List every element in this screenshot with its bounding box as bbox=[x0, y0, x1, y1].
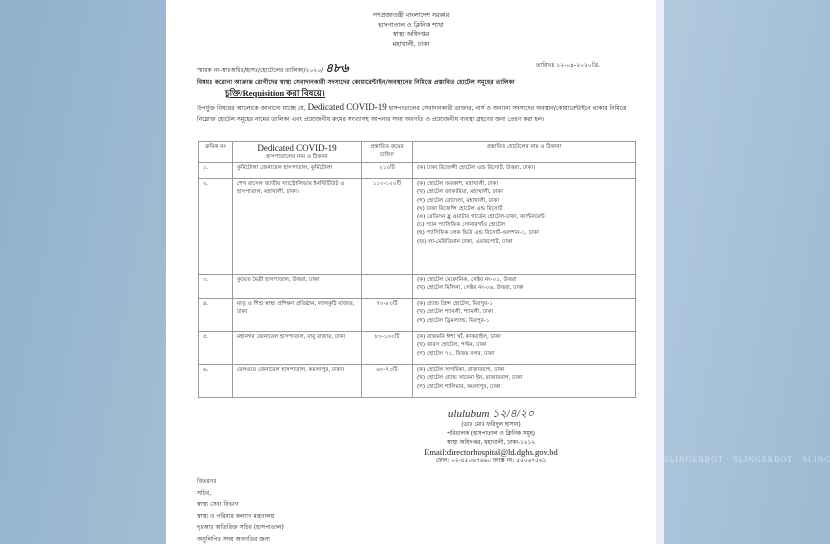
cell-rooms: ৮০-১০০টি bbox=[362, 332, 413, 365]
distribution-line: স্বাস্থ্য ও পরিবার কল্যাণ মন্ত্রণালয় bbox=[197, 511, 284, 523]
cell-hospital: শেখ রাসেল জাতীয় গ্যাস্ট্রোলিভার ইনস্টিট… bbox=[233, 179, 362, 275]
cell-hotels: (ক) রাজমনি ঈশা খাঁ, কাকরাইল, ঢাকা(খ) ফার… bbox=[413, 332, 636, 365]
body-english: Dedicated COVID-19 bbox=[308, 102, 387, 112]
hotel-entry: (ক) রাজমনি ঈশা খাঁ, কাকরাইল, ঢাকা bbox=[417, 333, 631, 341]
signatory-email: Email:directorhospital@ld.dghs.gov.bd bbox=[386, 448, 596, 457]
cell-serial: ৫. bbox=[199, 332, 233, 365]
hotel-entry: (খ) ফারস হোটেল, পল্টন, ঢাকা bbox=[417, 341, 631, 349]
header-line-location: মহাখালী, ঢাকা bbox=[166, 40, 656, 50]
cell-serial: ১. bbox=[199, 163, 233, 179]
header-serial: ক্রমিক নং bbox=[199, 142, 233, 163]
hotel-entry: (ক) ঢাকা রিজেন্সী হোটেল এন্ড রিসোর্ট, উত… bbox=[417, 164, 631, 172]
hotel-entry: (ক) গ্র্যান্ড প্রিন্স হোটেল, মিরপুর-১ bbox=[417, 300, 631, 308]
cell-hospital: রেলওয়ে জেনারেল হাসপাতাল, কমলাপুর, ঢাকা। bbox=[233, 365, 362, 398]
subject-requisition: চুক্তি/Requisition করা বিষয়ে। bbox=[197, 88, 637, 98]
table-row: ৬.রেলওয়ে জেনারেল হাসপাতাল, কমলাপুর, ঢাক… bbox=[199, 365, 636, 398]
hotel-entry: (গ) হোটেল রোদেলা, মহাখালী, ঢাকা bbox=[417, 197, 631, 205]
header-hotels: প্রস্তাবিত হোটেলের নাম ও ঠিকানা bbox=[413, 142, 636, 163]
cell-hotels: (ক) গ্র্যান্ড প্রিন্স হোটেল, মিরপুর-১(খ)… bbox=[413, 299, 636, 332]
signatory-name: (ডাঃ মোঃ ফরিদুল হাসান) bbox=[386, 421, 596, 430]
watermark: SLINGERBOT · SLINGERBOT · SLINGERBOT · S… bbox=[664, 455, 830, 469]
hotel-entry: (ঘ) ঢাকা রিজেন্সি হোটেল এন্ড রিসোর্ট bbox=[417, 205, 631, 213]
signatory-phone: ফোন: ০২-৫৫০৬৭৬৬০ ফ্যাক্স নং: ৫৫০৬৭৫৬১ bbox=[386, 457, 596, 466]
cell-hospital: কুর্মিটোলা জেনারেল হাসপাতাল, কুর্মিটোলা bbox=[233, 163, 362, 179]
cell-hotels: (ক) ঢাকা রিজেন্সী হোটেল এন্ড রিসোর্ট, উত… bbox=[413, 163, 636, 179]
hotel-table: ক্রমিক নং Dedicated COVID-19 হাসপাতালের … bbox=[198, 141, 636, 398]
hotel-entry: (জ) লা-মেরিডিয়ান ঢাকা, এয়ারপোর্ট, ঢাকা bbox=[417, 238, 631, 246]
table-body: ১.কুর্মিটোলা জেনারেল হাসপাতাল, কুর্মিটোল… bbox=[199, 163, 636, 398]
distribution-line: সচিব, bbox=[197, 488, 284, 500]
hotel-entry: (খ) হোটেল গ্র্যান্ড সারেনা ইন, রাজারবাগ,… bbox=[417, 374, 631, 382]
subject-line: বিষয়ঃ করোনা আক্রান্ত রোগীদের স্বাস্থ্য … bbox=[197, 78, 637, 88]
signatory-designation: পরিচালক (হাসপাতাল ও ক্লিনিক সমূহ) bbox=[386, 430, 596, 439]
cell-rooms: ১১০-১২০টি bbox=[362, 179, 413, 275]
distribution-line: দৃঃআঃ অতিরিক্ত সচিব (হাসপাতাল) bbox=[197, 522, 284, 534]
memo-reference-number: ৪৮৬ bbox=[325, 61, 348, 75]
header-hospital: Dedicated COVID-19 হাসপাতালের নাম ও ঠিকা… bbox=[233, 142, 362, 163]
header-hospital-bn: হাসপাতালের নাম ও ঠিকানা bbox=[266, 154, 328, 160]
body-prefix: উপর্যুক্ত বিষয়ের আলোকে জানানো যাচ্ছে যে… bbox=[197, 105, 308, 112]
header-rooms: প্রস্তাবিত রুমের চাহিদা bbox=[362, 142, 413, 163]
header-line-branch: হাসপাতাল ও ক্লিনিক শাখা bbox=[166, 21, 656, 31]
cell-rooms: ২১০টি bbox=[362, 163, 413, 179]
hotel-entry: (খ) হোটেল মিলিনা, সেক্টর নং-০৬, উত্তরা, … bbox=[417, 284, 631, 292]
hotel-entry: (খ) হোটেল শ্যামলী, শ্যামলী, ঢাকা bbox=[417, 308, 631, 316]
distribution-line: বিতরণঃ bbox=[197, 476, 284, 488]
cell-serial: ২. bbox=[199, 179, 233, 275]
cell-hotels: (ক) হোটেল অবকাশ, মহাখালী, ঢাকা(খ) হোটেল … bbox=[413, 179, 636, 275]
cell-rooms: ৭০-৮০টি bbox=[362, 299, 413, 332]
hotel-entry: (ক) হোটেল অবকাশ, মহাখালী, ঢাকা bbox=[417, 180, 631, 188]
hotel-entry: (চ) প্যান প্যাসিফিক সোনারগাঁও হোটেল bbox=[417, 221, 631, 229]
hotel-entry: (ক) হোটেল মেকোনিক, সেক্টর নং-০১, উত্তরা bbox=[417, 276, 631, 284]
header-line-directorate: স্বাস্থ্য অধিদপ্তর bbox=[166, 30, 656, 40]
table-row: ৫.মহানগর জেনারেল হাসপাতাল, বাবু বাজার, ঢ… bbox=[199, 332, 636, 365]
table-row: ৪.মাতৃ ও শিশু স্বাস্থ্য প্রশিক্ষণ প্রতিষ… bbox=[199, 299, 636, 332]
cell-hotels: (ক) হোটেল মেকোনিক, সেক্টর নং-০১, উত্তরা(… bbox=[413, 275, 636, 299]
hotel-entry: (ক) হোটেল সাগরিকা, রাজারবাগ, ঢাকা bbox=[417, 366, 631, 374]
hotel-entry: (ঙ) রেডিসন ব্লু ওয়াটার গার্ডেন হোটেল-ঢা… bbox=[417, 213, 631, 221]
cell-rooms bbox=[362, 275, 413, 299]
table-row: ১.কুর্মিটোলা জেনারেল হাসপাতাল, কুর্মিটোল… bbox=[199, 163, 636, 179]
distribution-line: অনুলিপিঃ সদয় অবগতির জন্য bbox=[197, 534, 284, 544]
hotel-entry: (ছ) প্যাসিফিক লেক ভিউ এন্ড রিসোর্ট-গুলশা… bbox=[417, 229, 631, 237]
hotel-entry: (গ) হোটেল শালিমার, কমলাপুর, ঢাকা bbox=[417, 383, 631, 391]
subject: বিষয়ঃ করোনা আক্রান্ত রোগীদের স্বাস্থ্য … bbox=[197, 78, 637, 98]
document-page: গণপ্রজাতন্ত্রী বাংলাদেশ সরকার হাসপাতাল ও… bbox=[166, 0, 656, 544]
distribution-line: স্বাস্থ্য সেবা বিভাগ bbox=[197, 499, 284, 511]
header-hospital-en: Dedicated COVID-19 bbox=[237, 143, 357, 153]
handwritten-signature: ululubum ১২/৪/২০ bbox=[386, 408, 596, 421]
memo-date: তারিখঃ ১২-০৪-২০২০খ্রি. bbox=[536, 60, 600, 71]
distribution-list: বিতরণঃ সচিব, স্বাস্থ্য সেবা বিভাগ স্বাস্… bbox=[197, 476, 284, 544]
memo-reference: স্মারক নং-স্বাঃঅধিঃ/হাসঃ/হোটেলের তালিকা/… bbox=[197, 60, 349, 80]
cell-hotels: (ক) হোটেল সাগরিকা, রাজারবাগ, ঢাকা(খ) হোট… bbox=[413, 365, 636, 398]
memo-reference-text: স্মারক নং-স্বাঃঅধিঃ/হাসঃ/হোটেলের তালিকা/… bbox=[197, 67, 323, 74]
cell-hospital: মহানগর জেনারেল হাসপাতাল, বাবু বাজার, ঢাক… bbox=[233, 332, 362, 365]
page-edge bbox=[656, 0, 664, 544]
cell-serial: ৪. bbox=[199, 299, 233, 332]
cell-serial: ৬. bbox=[199, 365, 233, 398]
table-header-row: ক্রমিক নং Dedicated COVID-19 হাসপাতালের … bbox=[199, 142, 636, 163]
table-row: ২.শেখ রাসেল জাতীয় গ্যাস্ট্রোলিভার ইনস্ট… bbox=[199, 179, 636, 275]
header-line-government: গণপ্রজাতন্ত্রী বাংলাদেশ সরকার bbox=[166, 11, 656, 21]
hotel-entry: (গ) হোটেল ড্রিমল্যান্ড, মিরপুর-১ bbox=[417, 317, 631, 325]
cell-hospital: মাতৃ ও শিশু স্বাস্থ্য প্রশিক্ষণ প্রতিষ্ঠ… bbox=[233, 299, 362, 332]
signature-block: ululubum ১২/৪/২০ (ডাঃ মোঃ ফরিদুল হাসান) … bbox=[386, 408, 596, 466]
body-paragraph: উপর্যুক্ত বিষয়ের আলোকে জানানো যাচ্ছে যে… bbox=[197, 102, 637, 125]
hotel-entry: (খ) হোটেল জাকারিয়া, মহাখালী, ঢাকা bbox=[417, 188, 631, 196]
cell-rooms: ৬০-৭০টি bbox=[362, 365, 413, 398]
cell-hospital: কুয়েত মৈত্রী হাসপাতাল, উত্তরা, ঢাকা bbox=[233, 275, 362, 299]
table-row: ৩.কুয়েত মৈত্রী হাসপাতাল, উত্তরা, ঢাকা(ক… bbox=[199, 275, 636, 299]
hotel-entry: (গ) হোটেল ৭১, বিজয় নগর, ঢাকা bbox=[417, 350, 631, 358]
cell-serial: ৩. bbox=[199, 275, 233, 299]
